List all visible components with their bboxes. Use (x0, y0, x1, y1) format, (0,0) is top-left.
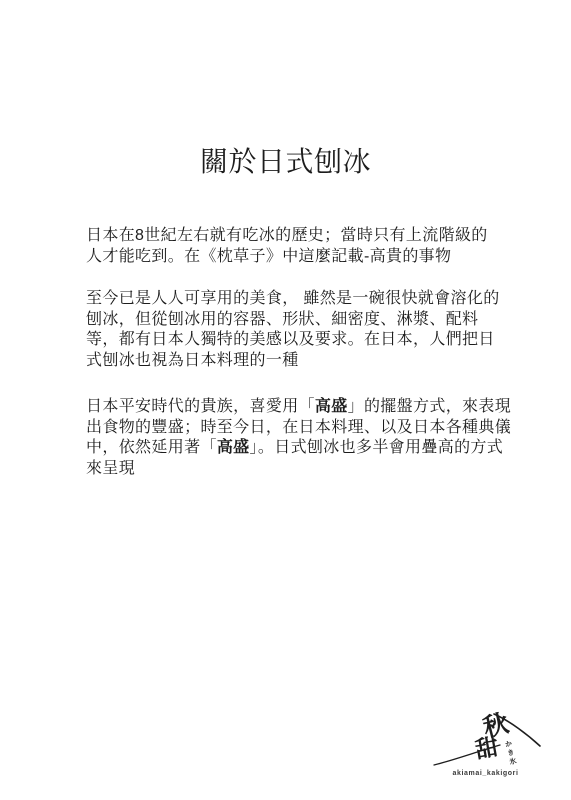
text-run: 刨冰，但從刨冰用的容器、形狀、細密度、淋漿、配料 (86, 311, 478, 328)
text-run: 日本平安時代的貴族，喜愛用「 (86, 398, 315, 415)
paragraph-modern-day: 至今已是人人可享用的美食， 雖然是一碗很快就會溶化的 刨冰，但從刨冰用的容器、形… (86, 289, 516, 371)
signature-logo: 秋 甜 かき氷 akiamai_kakigori (428, 700, 543, 778)
paragraph-takamori: 日本平安時代的貴族，喜愛用「高盛」的擺盤方式，來表現 出食物的豐盛；時至今日，在… (86, 397, 516, 479)
text-run: 人才能吃到。在《枕草子》中這麼記載-高貴的事物 (86, 248, 451, 265)
text-line: 來呈現 (86, 459, 516, 480)
text-line: 人才能吃到。在《枕草子》中這麼記載-高貴的事物 (86, 247, 516, 268)
text-run: 日本在8世紀左右就有吃冰的歷史；當時只有上流階級的 (86, 227, 488, 244)
text-run: 」。日式刨冰也多半會用疊高的方式 (250, 439, 504, 456)
page-title: 關於日式刨冰 (0, 146, 571, 178)
text-run: 來呈現 (86, 460, 135, 477)
signature-handle-text: akiamai_kakigori (428, 770, 543, 777)
text-run: 式刨冰也視為日本料理的一種 (86, 352, 299, 369)
text-line: 出食物的豐盛；時至今日，在日本料理、以及日本各種典儀 (86, 418, 516, 439)
text-run-bold: 高盛 (315, 398, 348, 415)
body-text: 日本在8世紀左右就有吃冰的歷史；當時只有上流階級的 人才能吃到。在《枕草子》中這… (86, 226, 516, 479)
text-run: 中，依然延用著「 (86, 439, 217, 456)
text-line: 日本在8世紀左右就有吃冰的歷史；當時只有上流階級的 (86, 226, 516, 247)
text-line: 刨冰，但從刨冰用的容器、形狀、細密度、淋漿、配料 (86, 310, 516, 331)
text-run: 等，都有日本人獨特的美感以及要求。在日本，人們把日 (86, 331, 495, 348)
text-line: 中，依然延用著「高盛」。日式刨冰也多半會用疊高的方式 (86, 438, 516, 459)
text-line: 式刨冰也視為日本料理的一種 (86, 351, 516, 372)
text-line: 日本平安時代的貴族，喜愛用「高盛」的擺盤方式，來表現 (86, 397, 516, 418)
document-page: 關於日式刨冰 日本在8世紀左右就有吃冰的歷史；當時只有上流階級的 人才能吃到。在… (0, 0, 571, 800)
text-run: 至今已是人人可享用的美食， 雖然是一碗很快就會溶化的 (86, 290, 500, 307)
text-run: 」的擺盤方式，來表現 (348, 398, 512, 415)
text-run: 出食物的豐盛；時至今日，在日本料理、以及日本各種典儀 (86, 419, 511, 436)
text-line: 等，都有日本人獨特的美感以及要求。在日本，人們把日 (86, 330, 516, 351)
text-line: 至今已是人人可享用的美食， 雖然是一碗很快就會溶化的 (86, 289, 516, 310)
paragraph-history: 日本在8世紀左右就有吃冰的歷史；當時只有上流階級的 人才能吃到。在《枕草子》中這… (86, 226, 516, 267)
text-run-bold: 高盛 (217, 439, 250, 456)
